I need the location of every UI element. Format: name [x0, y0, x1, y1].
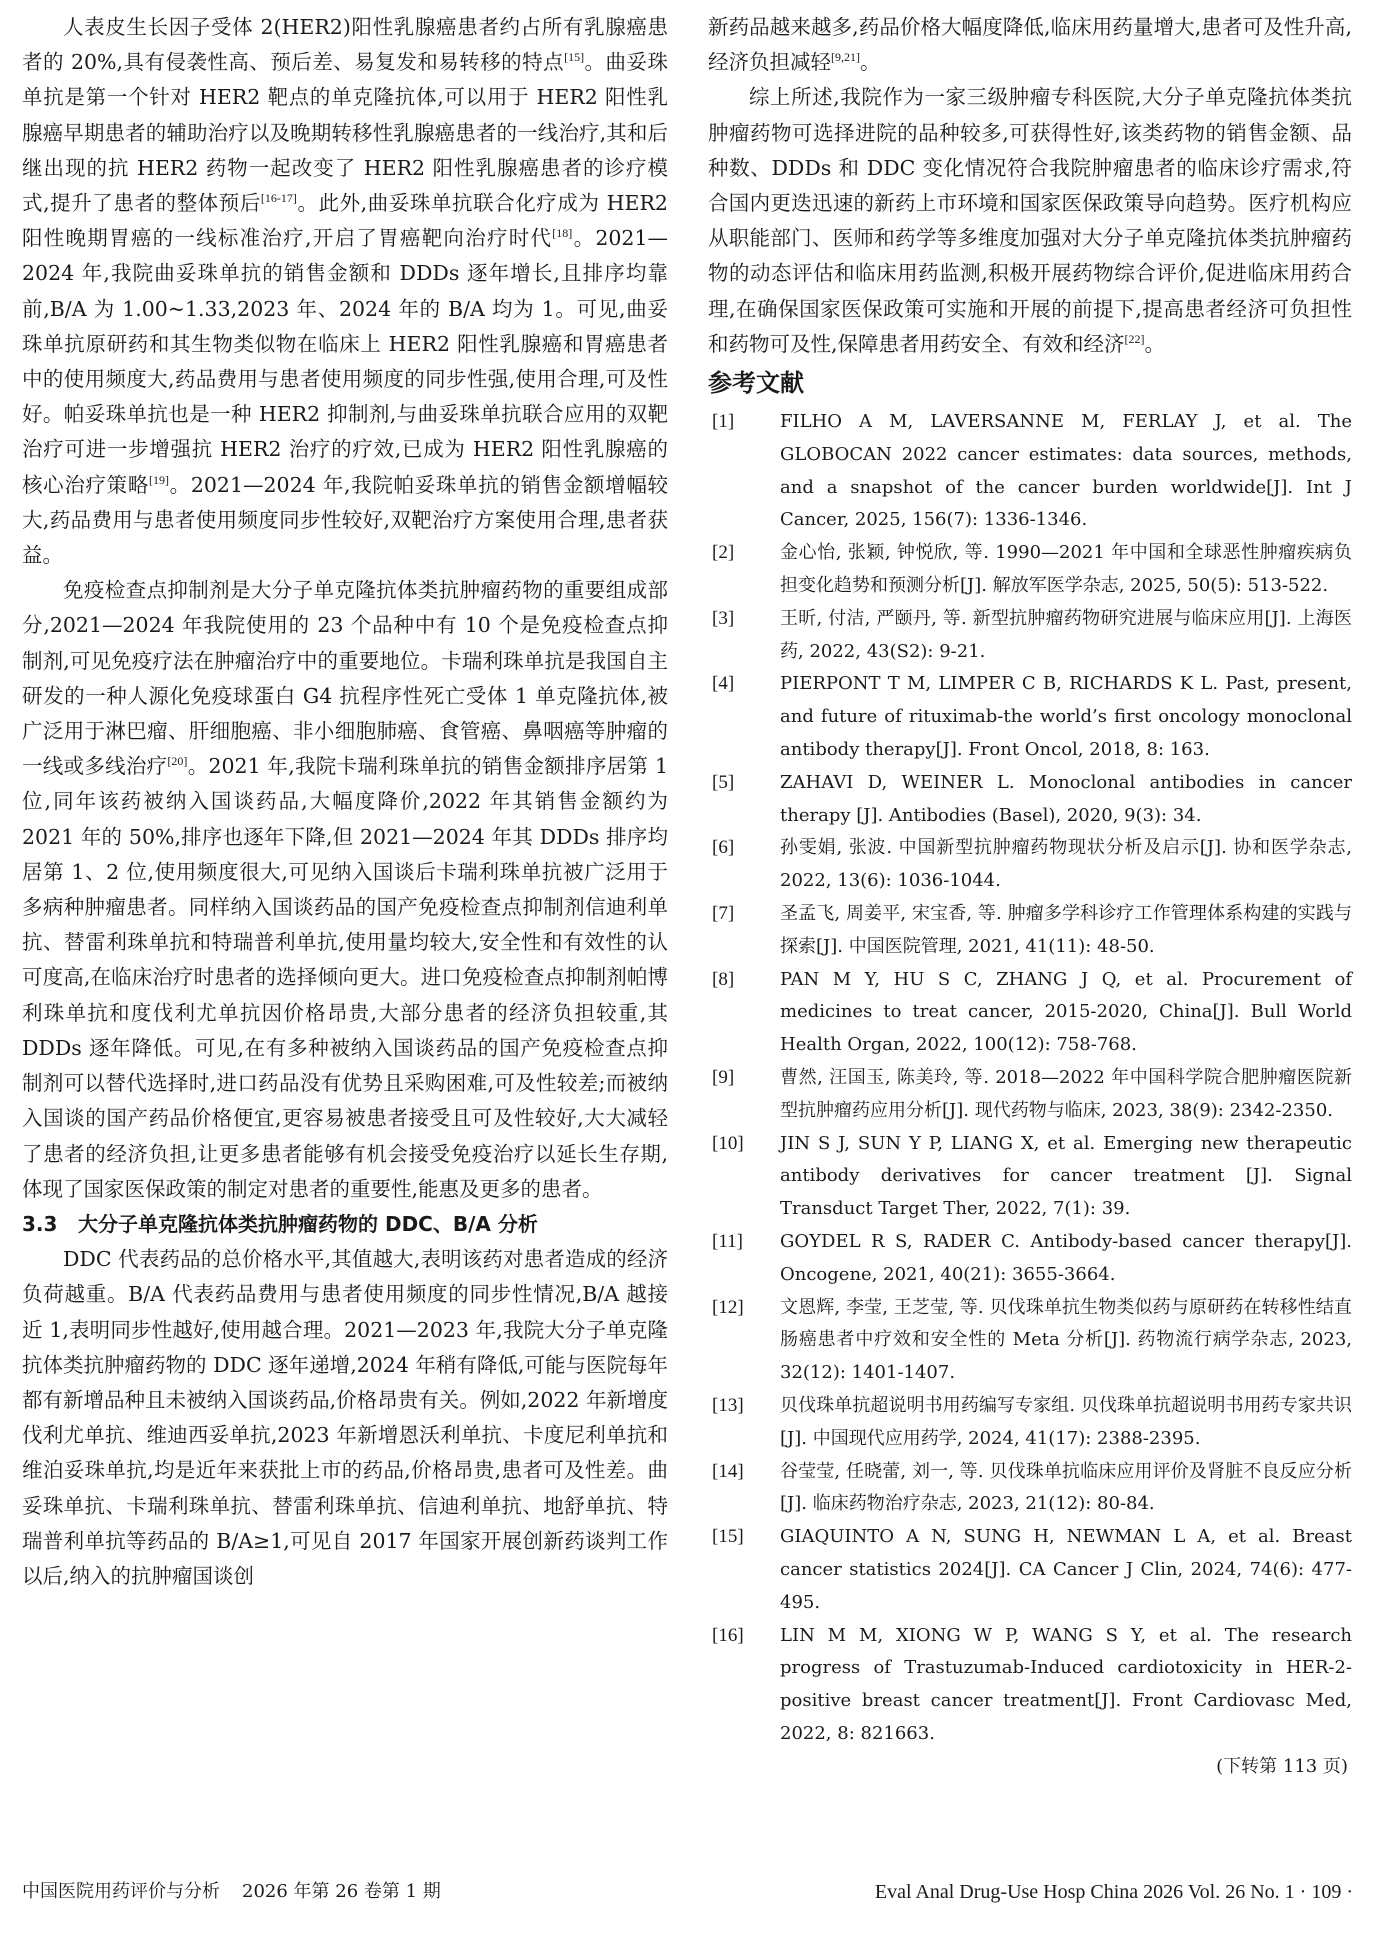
paragraph-text: 。2021—2024 年,我院曲妥珠单抗的销售金额和 DDDs 逐年增长,且排序… — [22, 226, 668, 496]
page-number: · 109 · — [1300, 1881, 1353, 1903]
reference-number: [12] — [712, 1292, 744, 1325]
continued-on-page-note: (下转第 113 页) — [708, 1751, 1352, 1783]
paragraph-text: 。 — [1145, 332, 1166, 356]
reference-text: 孙雯娟, 张波. 中国新型抗肿瘤药物现状分析及启示[J]. 协和医学杂志, 20… — [780, 837, 1352, 891]
paragraph-continuation: 新药品越来越多,药品价格大幅度降低,临床用药量增大,患者可及性升高,经济负担减轻… — [708, 10, 1352, 80]
paragraph-text: 新药品越来越多,药品价格大幅度降低,临床用药量增大,患者可及性升高,经济负担减轻 — [708, 15, 1352, 74]
reference-item: [6]孙雯娟, 张波. 中国新型抗肿瘤药物现状分析及启示[J]. 协和医学杂志,… — [708, 832, 1352, 898]
reference-item: [4]PIERPONT T M, LIMPER C B, RICHARDS K … — [708, 668, 1352, 766]
paragraph-her2: 人表皮生长因子受体 2(HER2)阳性乳腺癌患者约占所有乳腺癌患者的 20%,具… — [22, 10, 668, 573]
reference-number: [13] — [712, 1390, 744, 1423]
section-heading-3-3: 3.3大分子单克隆抗体类抗肿瘤药物的 DDC、B/A 分析 — [22, 1207, 668, 1242]
section-number: 3.3 — [22, 1207, 78, 1242]
section-title: 大分子单克隆抗体类抗肿瘤药物的 DDC、B/A 分析 — [78, 1212, 538, 1236]
reference-number: [14] — [712, 1456, 744, 1489]
citation[interactable]: [20] — [167, 754, 187, 768]
reference-item: [9]曹然, 汪国玉, 陈美玲, 等. 2018—2022 年中国科学院合肥肿瘤… — [708, 1062, 1352, 1128]
reference-text: 文恩辉, 李莹, 王芝莹, 等. 贝伐珠单抗生物类似药与原研药在转移性结直肠癌患… — [780, 1297, 1352, 1384]
reference-number: [15] — [712, 1521, 744, 1554]
paragraph-conclusion: 综上所述,我院作为一家三级肿瘤专科医院,大分子单克隆抗体类抗肿瘤药物可选择进院的… — [708, 80, 1352, 362]
citation[interactable]: [22] — [1125, 332, 1145, 346]
reference-text: 谷莹莹, 任晓蕾, 刘一, 等. 贝伐珠单抗临床应用评价及肾脏不良反应分析[J]… — [780, 1461, 1352, 1515]
reference-text: 圣孟飞, 周姜平, 宋宝香, 等. 肿瘤多学科诊疗工作管理体系构建的实践与探索[… — [780, 903, 1352, 957]
journal-issue-en: Eval Anal Drug-Use Hosp China 2026 Vol. … — [875, 1881, 1295, 1903]
left-column: 人表皮生长因子受体 2(HER2)阳性乳腺癌患者约占所有乳腺癌患者的 20%,具… — [22, 10, 668, 1594]
journal-name-cn: 中国医院用药评价与分析 — [22, 1881, 220, 1902]
reference-item: [3]王昕, 付洁, 严颐丹, 等. 新型抗肿瘤药物研究进展与临床应用[J]. … — [708, 603, 1352, 669]
reference-number: [8] — [712, 964, 734, 997]
footer-journal-cn: 中国医院用药评价与分析2026 年第 26 卷第 1 期 — [22, 1880, 441, 1904]
reference-text: PIERPONT T M, LIMPER C B, RICHARDS K L. … — [780, 673, 1352, 760]
reference-item: [13]贝伐珠单抗超说明书用药编写专家组. 贝伐珠单抗超说明书用药专家共识[J]… — [708, 1390, 1352, 1456]
reference-number: [6] — [712, 832, 734, 865]
issue-cn: 2026 年第 26 卷第 1 期 — [242, 1881, 441, 1902]
citation[interactable]: [19] — [149, 473, 169, 487]
paragraph-immune-checkpoint: 免疫检查点抑制剂是大分子单克隆抗体类抗肿瘤药物的重要组成部分,2021—2024… — [22, 573, 668, 1207]
reference-number: [4] — [712, 668, 734, 701]
reference-item: [16]LIN M M, XIONG W P, WANG S Y, et al.… — [708, 1620, 1352, 1751]
reference-number: [1] — [712, 406, 734, 439]
reference-text: 金心怡, 张颖, 钟悦欣, 等. 1990—2021 年中国和全球恶性肿瘤疾病负… — [780, 542, 1352, 596]
reference-text: LIN M M, XIONG W P, WANG S Y, et al. The… — [780, 1625, 1352, 1744]
reference-text: JIN S J, SUN Y P, LIANG X, et al. Emergi… — [780, 1133, 1352, 1220]
citation[interactable]: [18] — [552, 226, 572, 240]
reference-list: [1]FILHO A M, LAVERSANNE M, FERLAY J, et… — [708, 406, 1352, 1751]
reference-number: [5] — [712, 767, 734, 800]
paragraph-text: 综上所述,我院作为一家三级肿瘤专科医院,大分子单克隆抗体类抗肿瘤药物可选择进院的… — [708, 85, 1352, 355]
paragraph-text: 。 — [860, 50, 881, 74]
reference-number: [7] — [712, 898, 734, 931]
citation[interactable]: [16-17] — [261, 191, 297, 205]
reference-item: [10]JIN S J, SUN Y P, LIANG X, et al. Em… — [708, 1128, 1352, 1226]
reference-text: 王昕, 付洁, 严颐丹, 等. 新型抗肿瘤药物研究进展与临床应用[J]. 上海医… — [780, 608, 1352, 662]
reference-item: [14]谷莹莹, 任晓蕾, 刘一, 等. 贝伐珠单抗临床应用评价及肾脏不良反应分… — [708, 1456, 1352, 1522]
paragraph-ddc-ba: DDC 代表药品的总价格水平,其值越大,表明该药对患者造成的经济负荷越重。B/A… — [22, 1242, 668, 1594]
reference-item: [7]圣孟飞, 周姜平, 宋宝香, 等. 肿瘤多学科诊疗工作管理体系构建的实践与… — [708, 898, 1352, 964]
reference-item: [12]文恩辉, 李莹, 王芝莹, 等. 贝伐珠单抗生物类似药与原研药在转移性结… — [708, 1292, 1352, 1390]
reference-item: [5]ZAHAVI D, WEINER L. Monoclonal antibo… — [708, 767, 1352, 833]
reference-text: GOYDEL R S, RADER C. Antibody-based canc… — [780, 1231, 1352, 1285]
citation[interactable]: [9,21] — [831, 50, 860, 64]
reference-number: [3] — [712, 603, 734, 636]
paragraph-text: 免疫检查点抑制剂是大分子单克隆抗体类抗肿瘤药物的重要组成部分,2021—2024… — [22, 578, 668, 778]
paragraph-text: 人表皮生长因子受体 2(HER2)阳性乳腺癌患者约占所有乳腺癌患者的 20%,具… — [22, 15, 668, 74]
right-column: 新药品越来越多,药品价格大幅度降低,临床用药量增大,患者可及性升高,经济负担减轻… — [708, 10, 1352, 1783]
reference-item: [15]GIAQUINTO A N, SUNG H, NEWMAN L A, e… — [708, 1521, 1352, 1619]
reference-text: 曹然, 汪国玉, 陈美玲, 等. 2018—2022 年中国科学院合肥肿瘤医院新… — [780, 1067, 1352, 1121]
reference-text: 贝伐珠单抗超说明书用药编写专家组. 贝伐珠单抗超说明书用药专家共识[J]. 中国… — [780, 1395, 1352, 1449]
reference-item: [8]PAN M Y, HU S C, ZHANG J Q, et al. Pr… — [708, 964, 1352, 1062]
reference-number: [9] — [712, 1062, 734, 1095]
reference-item: [2]金心怡, 张颖, 钟悦欣, 等. 1990—2021 年中国和全球恶性肿瘤… — [708, 537, 1352, 603]
reference-item: [11]GOYDEL R S, RADER C. Antibody-based … — [708, 1226, 1352, 1292]
reference-text: GIAQUINTO A N, SUNG H, NEWMAN L A, et al… — [780, 1526, 1352, 1613]
reference-number: [10] — [712, 1128, 744, 1161]
reference-number: [16] — [712, 1620, 744, 1653]
paragraph-text: 。2021 年,我院卡瑞利珠单抗的销售金额排序居第 1 位,同年该药被纳入国谈药… — [22, 754, 668, 1200]
paragraph-text: DDC 代表药品的总价格水平,其值越大,表明该药对患者造成的经济负荷越重。B/A… — [22, 1247, 668, 1588]
reference-text: FILHO A M, LAVERSANNE M, FERLAY J, et al… — [780, 411, 1352, 530]
references-heading: 参考文献 — [708, 364, 1352, 402]
reference-number: [11] — [712, 1226, 743, 1259]
reference-number: [2] — [712, 537, 734, 570]
footer-journal-en: Eval Anal Drug-Use Hosp China 2026 Vol. … — [875, 1880, 1353, 1904]
citation[interactable]: [15] — [564, 50, 584, 64]
reference-item: [1]FILHO A M, LAVERSANNE M, FERLAY J, et… — [708, 406, 1352, 537]
reference-text: ZAHAVI D, WEINER L. Monoclonal antibodie… — [780, 772, 1352, 826]
reference-text: PAN M Y, HU S C, ZHANG J Q, et al. Procu… — [780, 969, 1352, 1056]
